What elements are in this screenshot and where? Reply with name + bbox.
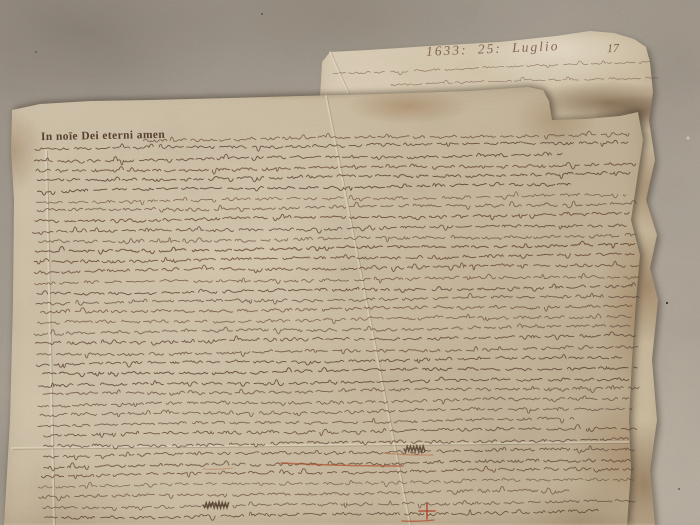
stone-surface-background [0,0,700,525]
manuscript-photo: 1633: 25: Luglio 17 In noīe Dei eterni a… [0,0,700,525]
